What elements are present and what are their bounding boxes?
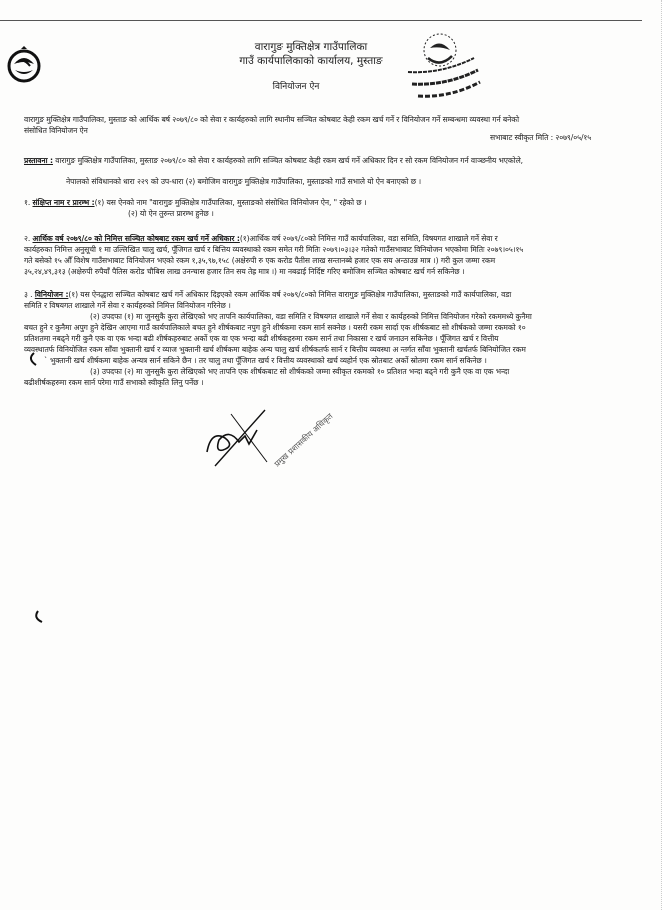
section-text: (१) यस ऐनद्धारा सञ्चित कोषबाट खर्च गर्ने… [68,290,511,299]
section-1-line-2: (२) यो ऐन तुरुन्त प्रारम्भ हुनेछ । [128,208,214,220]
section-3-line-6: व्यवस्थातर्फ विनियोजित रकम साँवा भुक्तान… [24,344,526,356]
section-number: ३ . [24,290,32,299]
section-3-line-1: ३ . विनियोजन :(१) यस ऐनद्धारा सञ्चित कोष… [24,289,511,301]
approval-date: सभाबाट स्वीकृत मिति : २०७९/०५/१५ [490,132,591,144]
scan-mark-icon [26,352,38,366]
section-1-line-1: १. संक्षिप्त नाम र प्रारम्भ :(१) यस ऐनको… [24,197,367,209]
section-1-heading: संक्षिप्त नाम र प्रारम्भ : [33,198,95,207]
office-seal-icon [402,28,482,104]
section-3-line-7: ` भुक्तानी खर्च शीर्षकमा बाहेक अन्यत्र स… [44,355,487,367]
section-3-line-8: (३) उपदफा (२) मा जुनसुकै कुरा लेखिएको भए… [90,366,509,378]
signature-icon: प्रमुख प्रशासकीय अधिकृत [205,400,335,470]
section-2-line-2: कार्यहरुका निमित्त अनुसूची १ मा उल्लिखित… [24,244,523,256]
section-3-heading: विनियोजन : [35,290,69,299]
section-3-line-2: समिति र विषयगत शाखाले गर्ने सेवा र कार्य… [24,300,231,312]
scan-mark-icon [32,610,44,624]
scan-top-border [0,20,642,21]
section-3-line-9: बढीशीर्षकहरुमा रकम सार्न परेमा गाउँ सभाक… [24,377,203,389]
intro-line-1: वारागुङ मुक्तिक्षेत्र गाउँपालिका, मुस्ता… [24,114,519,126]
section-3-line-3: (२) उपदफा (१) मा जुनसुकै कुरा लेखिएको भए… [90,311,532,323]
office-name: गाउँ कार्यपालिकाको कार्यालय, मुस्ताङ [0,54,642,68]
section-2-line-1: २. आर्थिक वर्ष २०७९/८० को निमित्त सञ्चित… [24,233,498,245]
preamble-label: प्रस्तावना : [24,156,53,165]
section-3-line-5: प्रतिशतमा नबढ्ने गरी कुनै एक वा एक भन्दा… [24,333,498,345]
preamble-line-2: नेपालको संविधानको धारा २२९ को उप-धारा (२… [66,176,421,188]
preamble-text: वारागुङ मुक्तिक्षेत्र गाउँपालिका, मुस्ता… [53,156,523,165]
municipality-name: वारागुङ मुक्तिक्षेत्र गाउँपालिका [0,40,642,54]
section-text: (१)आर्थिक वर्ष २०७९/८०को निमित्त गाउँ का… [240,234,498,243]
intro-line-2: संसोधित विनियोजन ऐन [24,125,88,137]
section-2-heading: आर्थिक वर्ष २०७९/८० को निमित्त सञ्चित को… [33,234,240,243]
section-number: १. [24,198,30,207]
section-3-line-4: बचत हुने र कुनैमा अपुग हुने देखिन आएमा ग… [24,322,526,334]
section-2-line-3: गते बसेको १५ औँ विशेष गाउँसभाबाट विनियोज… [24,255,495,267]
officer-stamp-text: प्रमुख प्रशासकीय अधिकृत [272,411,335,470]
section-2-line-4: ३५,२४,४९,३१३ (अक्षेरुपी रुपैयाँ पैतिस कर… [24,266,465,278]
document-title: विनियोजन ऐन [0,80,627,94]
section-text: (१) यस ऐनको नाम "वारागुङ मुक्तिक्षेत्र ग… [95,198,367,207]
preamble-line-1: प्रस्तावना : वारागुङ मुक्तिक्षेत्र गाउँप… [24,155,523,167]
section-number: २. [24,234,30,243]
